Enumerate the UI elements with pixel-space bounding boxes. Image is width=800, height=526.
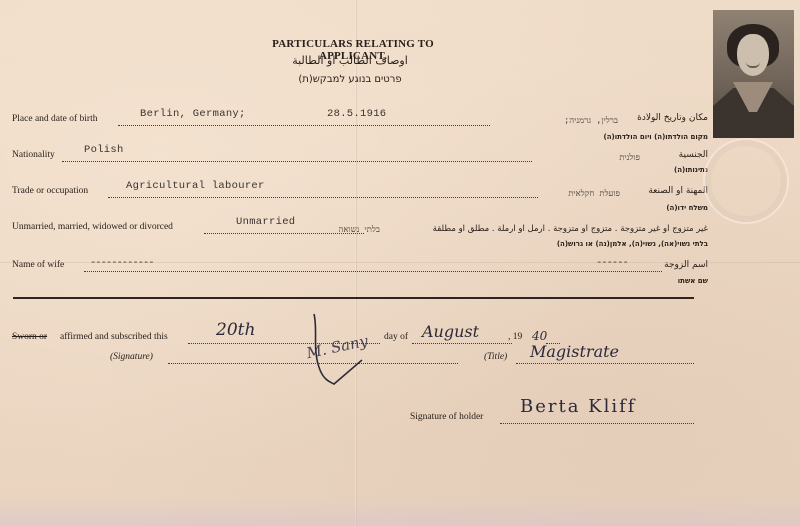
birth-place-value: Berlin, Germany; [140,108,246,120]
title-label: (Title) [484,352,507,362]
wife-label: Name of wife [12,260,64,270]
nationality-label: Nationality [12,150,55,160]
nationality-hebrew-label: נתינותו(ה) [620,166,708,174]
nationality-value: Polish [84,144,124,156]
birth-arabic-label: مكان وتاريخ الولادة [620,113,708,123]
occupation-arabic-label: المهنة او الصنعة [620,186,708,196]
birth-hebrew-label: מקום הולדתו(ה) ויום הולדתו(ה) [560,133,708,141]
birth-hebrew-value: ברלין, גרמניה; [488,115,618,126]
birth-label: Place and date of birth [12,114,97,124]
nationality-hebrew-value: פולנית [560,152,640,163]
holder-signature-dotted-line [500,422,694,424]
wife-value: ------------ [90,257,154,269]
photo-face [737,34,769,76]
month-value: August [422,322,479,341]
year-prefix: , 19 [508,332,522,342]
marital-status-label: Unmarried, married, widowed or divorced [12,222,173,232]
marital-status-hebrew-value: בלתי נשואה [300,224,380,235]
nationality-dotted-line [62,160,532,162]
occupation-value: Agricultural labourer [126,180,265,192]
signature-label: (Signature) [110,352,153,362]
day-of-label: day of [384,332,408,342]
embossed-seal-icon [703,138,789,224]
birth-dotted-line [118,124,490,126]
title-value: Magistrate [530,342,619,361]
month-dotted-line [412,342,512,344]
nationality-arabic-label: الجنسية [640,150,708,160]
holder-signature-value: Berta Kliff [520,396,636,417]
section-divider [13,297,694,299]
day-value: 20th [216,320,255,340]
marital-status-arabic-label: غير متزوج او غير متزوجة . متزوج او متزوج… [380,224,708,234]
occupation-hebrew-value: פועלת חקלאית [500,188,620,199]
holder-signature-label: Signature of holder [410,412,483,422]
marital-status-value: Unmarried [236,216,295,228]
affirmation-text: affirmed and subscribed this [60,332,168,342]
paper-stain [0,496,800,526]
document-title-hebrew: פרטים בנוגע למבקש(ת) [280,74,420,85]
occupation-hebrew-label: משלח ידו(ה) [620,204,708,212]
wife-arabic-label: اسم الزوجة [640,260,708,270]
occupation-dotted-line [108,196,538,198]
birth-date-value: 28.5.1916 [327,108,386,120]
year-value: 40 [532,329,547,343]
signature-flourish-icon [300,310,370,390]
document-title-arabic: اوصاف الطالب او الطالبة [280,54,420,67]
occupation-label: Trade or occupation [12,186,88,196]
marital-status-hebrew-label: בלתי נשוי(אה), נשוי(ה), אלמן(נה) או גרוש… [520,240,708,248]
applicant-photo [713,10,794,138]
document-page: PARTICULARS RELATING TO APPLICANT. اوصاف… [0,0,800,526]
wife-hebrew-label: שם אשתו [640,277,708,285]
title-dotted-line [516,362,694,364]
wife-dotted-line [84,270,662,272]
wife-hebrew-value: ------ [596,257,628,269]
struck-sworn-text: Sworn or [12,332,47,342]
